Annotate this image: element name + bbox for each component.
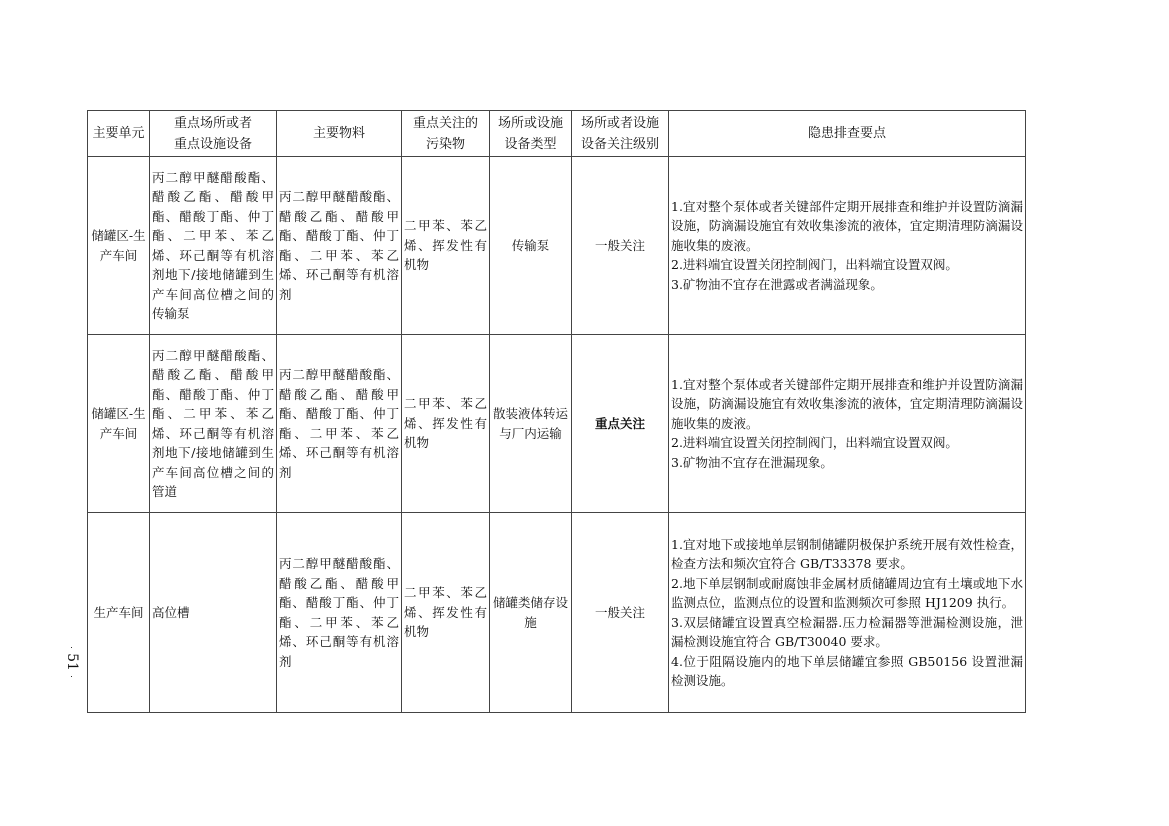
- cell-type: 散装液体转运与厂内运输: [490, 335, 572, 513]
- cell-facility: 丙二醇甲醚醋酸酯、醋酸乙酯、醋酸甲酯、醋酸丁酯、仲丁酯、二甲苯、苯乙烯、环己酮等…: [150, 335, 277, 513]
- cell-points: 1.宜对整个泵体或者关键部件定期开展排查和维护并设置防滴漏设施，防滴漏设施宜有效…: [669, 157, 1026, 335]
- header-main-unit: 主要单元: [88, 111, 150, 157]
- cell-facility: 高位槽: [150, 513, 277, 713]
- cell-pollutants: 二甲苯、苯乙烯、挥发性有机物: [402, 157, 490, 335]
- header-pollutants: 重点关注的污染物: [402, 111, 490, 157]
- header-attention-level: 场所或者设施设备关注级别: [572, 111, 669, 157]
- header-facility-type: 场所或设施设备类型: [490, 111, 572, 157]
- page-number-text: 51: [64, 653, 80, 671]
- cell-type: 储罐类储存设施: [490, 513, 572, 713]
- cell-level-key: 重点关注: [572, 335, 669, 513]
- cell-pollutants: 二甲苯、苯乙烯、挥发性有机物: [402, 335, 490, 513]
- inspection-point: 2.地下单层钢制或耐腐蚀非金属材质储罐周边宜有土壤或地下水监测点位，监测点位的设…: [671, 574, 1023, 613]
- cell-facility: 丙二醇甲醚醋酸酯、醋酸乙酯、醋酸甲酯、醋酸丁酯、仲丁酯、二甲苯、苯乙烯、环己酮等…: [150, 157, 277, 335]
- cell-materials: 丙二醇甲醚醋酸酯、醋酸乙酯、醋酸甲酯、醋酸丁酯、仲丁酯、二甲苯、苯乙烯、环己酮等…: [277, 157, 402, 335]
- cell-points: 1.宜对整个泵体或者关键部件定期开展排查和维护并设置防滴漏设施，防滴漏设施宜有效…: [669, 335, 1026, 513]
- inspection-point: 3.矿物油不宜存在泄露或者满溢现象。: [671, 275, 1023, 295]
- inspection-point: 4.位于阻隔设施内的地下单层储罐宜参照 GB50156 设置泄漏检测设施。: [671, 652, 1023, 691]
- dash-left: [72, 647, 73, 648]
- header-inspection-points: 隐患排查要点: [669, 111, 1026, 157]
- cell-unit: 储罐区-生产车间: [88, 335, 150, 513]
- inspection-point: 2.进料端宜设置关闭控制阀门，出料端宜设置双阀。: [671, 433, 1023, 453]
- inspection-point: 1.宜对整个泵体或者关键部件定期开展排查和维护并设置防滴漏设施，防滴漏设施宜有效…: [671, 197, 1023, 256]
- cell-unit: 生产车间: [88, 513, 150, 713]
- cell-points: 1.宜对地下或接地单层钢制储罐阴极保护系统开展有效性检查，检查方法和频次宜符合 …: [669, 513, 1026, 713]
- table-row: 生产车间 高位槽 丙二醇甲醚醋酸酯、醋酸乙酯、醋酸甲酯、醋酸丁酯、仲丁酯、二甲苯…: [88, 513, 1026, 713]
- table-row: 储罐区-生产车间 丙二醇甲醚醋酸酯、醋酸乙酯、醋酸甲酯、醋酸丁酯、仲丁酯、二甲苯…: [88, 157, 1026, 335]
- cell-pollutants: 二甲苯、苯乙烯、挥发性有机物: [402, 513, 490, 713]
- cell-unit: 储罐区-生产车间: [88, 157, 150, 335]
- table-header-row: 主要单元 重点场所或者重点设施设备 主要物料 重点关注的污染物 场所或设施设备类…: [88, 111, 1026, 157]
- inspection-point: 2.进料端宜设置关闭控制阀门，出料端宜设置双阀。: [671, 255, 1023, 275]
- inspection-point: 1.宜对整个泵体或者关键部件定期开展排查和维护并设置防滴漏设施，防滴漏设施宜有效…: [671, 375, 1023, 434]
- header-main-materials: 主要物料: [277, 111, 402, 157]
- cell-materials: 丙二醇甲醚醋酸酯、醋酸乙酯、醋酸甲酯、醋酸丁酯、仲丁酯、二甲苯、苯乙烯、环己酮等…: [277, 335, 402, 513]
- table-row: 储罐区-生产车间 丙二醇甲醚醋酸酯、醋酸乙酯、醋酸甲酯、醋酸丁酯、仲丁酯、二甲苯…: [88, 335, 1026, 513]
- cell-level: 一般关注: [572, 513, 669, 713]
- hazard-inspection-table: 主要单元 重点场所或者重点设施设备 主要物料 重点关注的污染物 场所或设施设备类…: [87, 110, 1026, 713]
- inspection-point: 1.宜对地下或接地单层钢制储罐阴极保护系统开展有效性检查，检查方法和频次宜符合 …: [671, 535, 1023, 574]
- inspection-point: 3.双层储罐宜设置真空检漏器.压力检漏器等泄漏检测设施，泄漏检测设施宜符合 GB…: [671, 613, 1023, 652]
- cell-level: 一般关注: [572, 157, 669, 335]
- cell-materials: 丙二醇甲醚醋酸酯、醋酸乙酯、醋酸甲酯、醋酸丁酯、仲丁酯、二甲苯、苯乙烯、环己酮等…: [277, 513, 402, 713]
- cell-type: 传输泵: [490, 157, 572, 335]
- dash-right: [72, 676, 73, 677]
- header-key-facility: 重点场所或者重点设施设备: [150, 111, 277, 157]
- inspection-point: 3.矿物油不宜存在泄漏现象。: [671, 453, 1023, 473]
